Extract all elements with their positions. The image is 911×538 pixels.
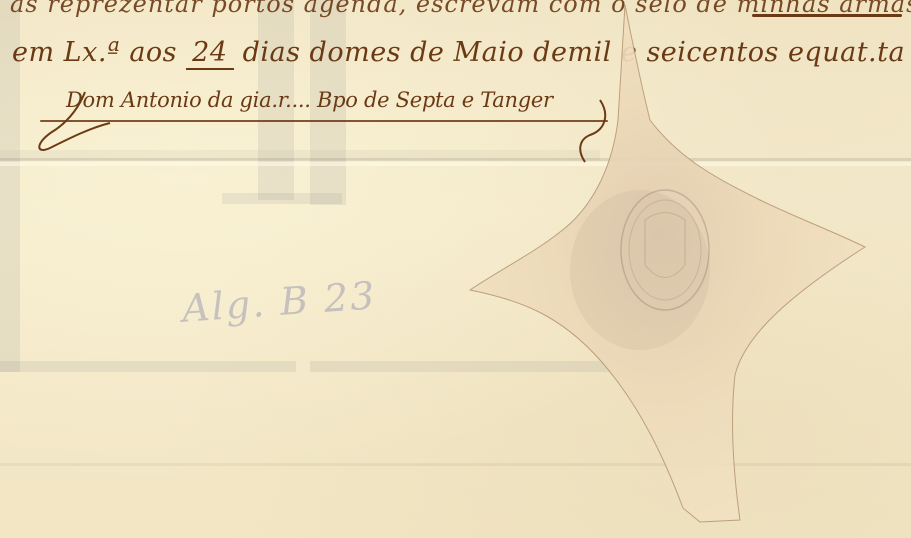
- paper-seal-star-icon: [0, 0, 911, 538]
- manuscript-page: as reprezentar portos agenda, escrevam c…: [0, 0, 911, 538]
